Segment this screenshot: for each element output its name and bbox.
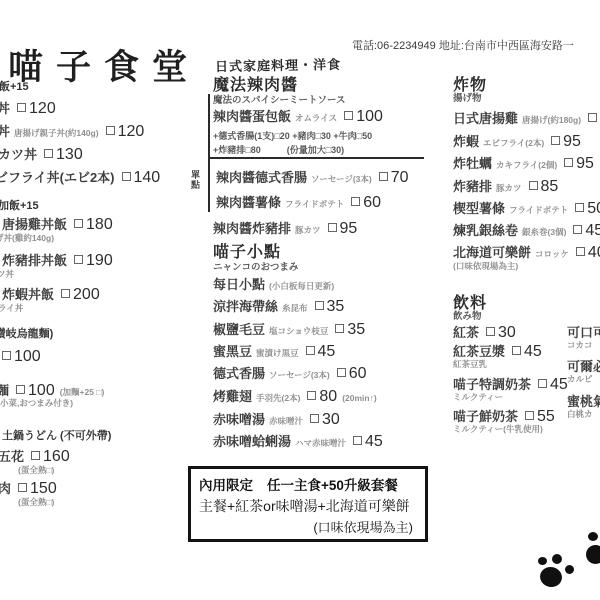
item-name: 唐揚雞丼飯 xyxy=(2,217,67,232)
section-header: (讃岐烏龍麵) xyxy=(0,325,53,341)
menu-item: 丼120 xyxy=(0,98,56,118)
checkbox-icon xyxy=(344,111,353,120)
checkbox-icon xyxy=(106,126,115,135)
item-name: 炸豬排丼飯 xyxy=(2,253,67,268)
item-name: 椒鹽毛豆 xyxy=(213,322,265,337)
item-price: 150 xyxy=(30,480,57,497)
menu-item: 炸豬排丼飯190 xyxy=(2,250,113,270)
addon-option: +炸豬排□80 xyxy=(213,145,261,155)
item-note: (小白板每日更新) xyxy=(269,281,334,291)
section-header: 土鍋うどん (不可外帶) xyxy=(2,427,111,443)
menu-item: 丼唐揚げ親子丼(約140g)120 xyxy=(0,121,144,141)
checkbox-icon xyxy=(2,351,11,360)
item-price: 30 xyxy=(322,411,340,428)
item-name: 辣肉醬蛋包飯 xyxy=(213,109,291,124)
menu-item: 日式唐揚雞唐揚げ(約180g)95 xyxy=(453,108,600,128)
item-name: 北海道可樂餅 xyxy=(453,245,531,260)
item-note: 塩コショウ枝豆 xyxy=(269,326,328,336)
divider-line-vertical xyxy=(208,94,210,212)
menu-item: 楔型薯條フライドポテト50 xyxy=(453,198,600,218)
item-price: 45 xyxy=(585,222,600,239)
checkbox-icon xyxy=(122,172,131,181)
menu-item: 煉乳銀絲卷銀糸巻(3個)45 xyxy=(453,220,600,240)
item-note: 豚カツ xyxy=(295,225,321,235)
checkbox-icon xyxy=(588,113,597,122)
item-price: 45 xyxy=(524,343,542,360)
item-price: 45 xyxy=(365,433,383,450)
item-price: 140 xyxy=(134,169,161,186)
item-name: 麵 xyxy=(0,383,9,398)
item-note: 銀糸巻(3個) xyxy=(522,227,566,237)
menu-item: 德式香腸ソーセージ(3本)60 xyxy=(213,363,367,383)
item-note: エビフライ(2本) xyxy=(483,138,544,148)
item-sub-note: 小菜,おつまみ付き) xyxy=(0,397,73,409)
item-extra-note: (20min↑) xyxy=(342,393,376,403)
item-note: 唐揚げ親子丼(約140g) xyxy=(14,128,99,138)
item-price: 45 xyxy=(550,376,568,393)
item-price: 130 xyxy=(56,146,83,163)
item-name: 喵子特調奶茶 xyxy=(453,377,531,392)
item-sub-note: (口味依現場為主) xyxy=(453,260,518,272)
menu-item: 唐揚雞丼飯180 xyxy=(2,214,113,234)
item-price: 35 xyxy=(347,321,365,338)
item-name: 炸蝦丼飯 xyxy=(2,287,54,302)
item-sub-note: ミルクティー xyxy=(453,391,503,403)
single-order-label: 單點 xyxy=(191,170,202,190)
item-sub-note: コカコ xyxy=(567,339,593,351)
item-price: 95 xyxy=(340,220,358,237)
combo-note: (口味依現場為主) xyxy=(313,517,413,536)
item-name: 辣肉醬德式香腸 xyxy=(216,170,307,185)
item-price: 95 xyxy=(576,155,594,172)
menu-item: 辣肉醬蛋包飯オムライス100 xyxy=(213,106,383,126)
combo-upgrade-label: 任一主食+50升級套餐 xyxy=(267,478,398,493)
menu-item: 烤雞翅手羽先(2本)80(20min↑) xyxy=(213,386,377,406)
item-sub-note: 紅茶豆乳 xyxy=(453,358,487,370)
menu-item: 赤味噌湯赤味噌汁30 xyxy=(213,409,340,429)
checkbox-icon xyxy=(44,149,53,158)
item-price: 200 xyxy=(73,286,100,303)
item-name: 涼拌海帶絲 xyxy=(213,299,278,314)
item-note: フライドポテト xyxy=(285,199,344,209)
checkbox-icon xyxy=(307,391,316,400)
item-name: 紅茶豆漿 xyxy=(453,344,505,359)
item-price: 190 xyxy=(86,252,113,269)
item-note: 唐揚げ(約180g) xyxy=(522,115,581,125)
item-price: 95 xyxy=(563,133,581,150)
menu-item: 辣肉醬薯條フライドポテト60 xyxy=(216,192,381,212)
item-sub-note: ライ丼 xyxy=(0,302,23,314)
item-price: 100 xyxy=(14,348,41,365)
section-subheader: ニャンコのおつまみ xyxy=(213,259,298,273)
menu-item: カツ丼130 xyxy=(0,144,83,164)
checkbox-icon xyxy=(315,301,324,310)
item-price: 160 xyxy=(43,448,70,465)
section-header: 加飯+15 xyxy=(0,78,29,94)
checkbox-icon xyxy=(576,247,585,256)
item-name: 丼 xyxy=(0,101,10,116)
checkbox-icon xyxy=(573,225,582,234)
menu-item: 炸蝦エビフライ(2本)95 xyxy=(453,131,581,151)
menu-item: 赤味噌蛤蜊湯ハマ赤味噌汁45 xyxy=(213,431,383,451)
checkbox-icon xyxy=(486,327,495,336)
item-note: オムライス xyxy=(295,113,337,123)
menu-item: 肉150 xyxy=(0,478,57,498)
menu-item: 炸蝦丼飯200 xyxy=(2,284,100,304)
checkbox-icon xyxy=(337,368,346,377)
checkbox-icon xyxy=(306,346,315,355)
item-name: 辣肉醬炸豬排 xyxy=(213,221,291,236)
item-price: 40 xyxy=(588,244,600,261)
item-name: 赤味噌蛤蜊湯 xyxy=(213,434,291,449)
item-sub-note: カルピ xyxy=(567,373,593,385)
checkbox-icon xyxy=(310,414,319,423)
checkbox-icon xyxy=(17,103,26,112)
item-name: 肉 xyxy=(0,481,11,496)
item-price: 120 xyxy=(118,123,145,140)
item-name: 蜜黑豆 xyxy=(213,344,252,359)
item-sub-note: ツ丼 xyxy=(0,268,14,280)
checkbox-icon xyxy=(538,379,547,388)
item-note: 手羽先(2本) xyxy=(256,393,300,403)
item-note: ソーセージ(3本) xyxy=(269,370,330,380)
item-price: 60 xyxy=(363,194,381,211)
checkbox-icon xyxy=(16,385,25,394)
item-name: 辣肉醬薯條 xyxy=(216,195,281,210)
item-note: カキフライ(2個) xyxy=(496,160,557,170)
paw-print-icon xyxy=(536,550,578,594)
page-title: 喵子食堂 xyxy=(8,40,200,90)
menu-item: ビフライ丼(エビ2本)140 xyxy=(0,167,160,187)
dine-in-combo-box: 內用限定任一主食+50升級套餐 主餐+紅茶or味噌湯+北海道可樂餅 (口味依現場… xyxy=(188,466,428,542)
menu-item: 北海道可樂餅コロッケ40 xyxy=(453,242,600,262)
checkbox-icon xyxy=(525,411,534,420)
addon-options: +德式香腸(1支)□20 +豬肉□30 +牛肉□50 xyxy=(213,129,372,142)
item-note: 蜜漬け黒豆 xyxy=(256,348,299,358)
menu-item: 炸牡蠣カキフライ(2個)95 xyxy=(453,153,594,173)
item-name: 每日小點 xyxy=(213,277,265,292)
item-sub-note: (蛋全熟□) xyxy=(18,464,54,476)
item-name: 紅茶 xyxy=(453,325,479,340)
item-sub-note: (蛋全熟□) xyxy=(18,496,54,508)
item-name: ビフライ丼(エビ2本) xyxy=(0,170,115,185)
menu-item: 辣肉醬德式香腸ソーセージ(3本)70 xyxy=(216,167,409,187)
checkbox-icon xyxy=(18,483,27,492)
checkbox-icon xyxy=(353,436,362,445)
checkbox-icon xyxy=(564,158,573,167)
section-header: 加飯+15 xyxy=(0,197,39,213)
checkbox-icon xyxy=(575,203,584,212)
checkbox-icon xyxy=(512,346,521,355)
item-name: 炸蝦 xyxy=(453,134,479,149)
item-sub-note: 白桃カ xyxy=(567,408,593,420)
section-subheader: 揚げ物 xyxy=(453,90,482,104)
contact-info: 電話:06-2234949 地址:台南市中西區海安路一 xyxy=(352,37,574,53)
item-name: 喵子鮮奶茶 xyxy=(453,409,518,424)
checkbox-icon xyxy=(335,324,344,333)
checkbox-icon xyxy=(379,172,388,181)
divider-line-horizontal xyxy=(208,157,424,159)
menu-item: 100 xyxy=(0,348,41,366)
item-price: 50 xyxy=(587,200,600,217)
item-note: 糸昆布 xyxy=(282,303,308,313)
item-price: 70 xyxy=(391,169,409,186)
checkbox-icon xyxy=(74,219,83,228)
item-price: 180 xyxy=(86,216,113,233)
item-name: カツ丼 xyxy=(0,147,37,162)
item-name: 丼 xyxy=(0,124,10,139)
item-price: 85 xyxy=(541,178,559,195)
item-extra-note: (加麵+25 □) xyxy=(60,387,105,397)
menu-item: 五花160 xyxy=(0,446,70,466)
checkbox-icon xyxy=(61,289,70,298)
checkbox-icon xyxy=(529,181,538,190)
item-note: コロッケ xyxy=(535,249,569,259)
item-note: 赤味噌汁 xyxy=(269,416,303,426)
paw-print-icon xyxy=(584,528,600,570)
checkbox-icon xyxy=(31,451,40,460)
menu-item: 紅茶30 xyxy=(453,322,516,342)
menu-item: 椒鹽毛豆塩コショウ枝豆35 xyxy=(213,319,365,339)
item-name: 楔型薯條 xyxy=(453,201,505,216)
section-subheader: 魔法のスパイシーミートソース xyxy=(213,92,346,106)
item-name: 煉乳銀絲卷 xyxy=(453,223,518,238)
item-price: 35 xyxy=(327,298,345,315)
addon-options: +炸豬排□80(份量加大□30) xyxy=(213,143,344,156)
item-price: 45 xyxy=(318,343,336,360)
section-subheader: 飲み物 xyxy=(453,308,482,322)
item-name: 德式香腸 xyxy=(213,366,265,381)
item-name: 烤雞翅 xyxy=(213,389,252,404)
item-note: ソーセージ(3本) xyxy=(311,174,372,184)
item-price: 120 xyxy=(29,100,56,117)
item-name: 赤味噌湯 xyxy=(213,412,265,427)
menu-item: 炸豬排豚カツ85 xyxy=(453,176,558,196)
checkbox-icon xyxy=(74,255,83,264)
item-price: 80 xyxy=(319,388,337,405)
item-name: 炸牡蠣 xyxy=(453,156,492,171)
item-name: 炸豬排 xyxy=(453,179,492,194)
checkbox-icon xyxy=(351,197,360,206)
combo-headline: 內用限定任一主食+50升級套餐 xyxy=(199,474,398,494)
item-price: 60 xyxy=(349,365,367,382)
addon-option: (份量加大□30) xyxy=(287,145,344,155)
menu-item: 蜜黑豆蜜漬け黒豆45 xyxy=(213,341,335,361)
combo-contents: 主餐+紅茶or味噌湯+北海道可樂餅 xyxy=(199,496,410,516)
item-sub-note: げ丼(雞約140g) xyxy=(0,232,54,244)
item-note: ハマ赤味噌汁 xyxy=(295,438,346,448)
checkbox-icon xyxy=(551,136,560,145)
item-price: 100 xyxy=(356,108,383,125)
item-note: 豚カツ xyxy=(496,183,522,193)
menu-page: 喵子食堂 日式家庭料理・洋食 電話:06-2234949 地址:台南市中西區海安… xyxy=(0,0,600,600)
item-name: 日式唐揚雞 xyxy=(453,111,518,126)
item-sub-note: ミルクティー(牛乳使用) xyxy=(453,423,543,435)
combo-dine-in-label: 內用限定 xyxy=(199,478,253,493)
checkbox-icon xyxy=(328,223,337,232)
menu-item: 每日小點(小白板每日更新) xyxy=(213,274,334,294)
item-note: フライドポテト xyxy=(509,205,568,215)
menu-item: 辣肉醬炸豬排豚カツ95 xyxy=(213,218,357,238)
item-name: 五花 xyxy=(0,449,24,464)
menu-item: 涼拌海帶絲糸昆布35 xyxy=(213,296,344,316)
item-price: 30 xyxy=(498,324,516,341)
